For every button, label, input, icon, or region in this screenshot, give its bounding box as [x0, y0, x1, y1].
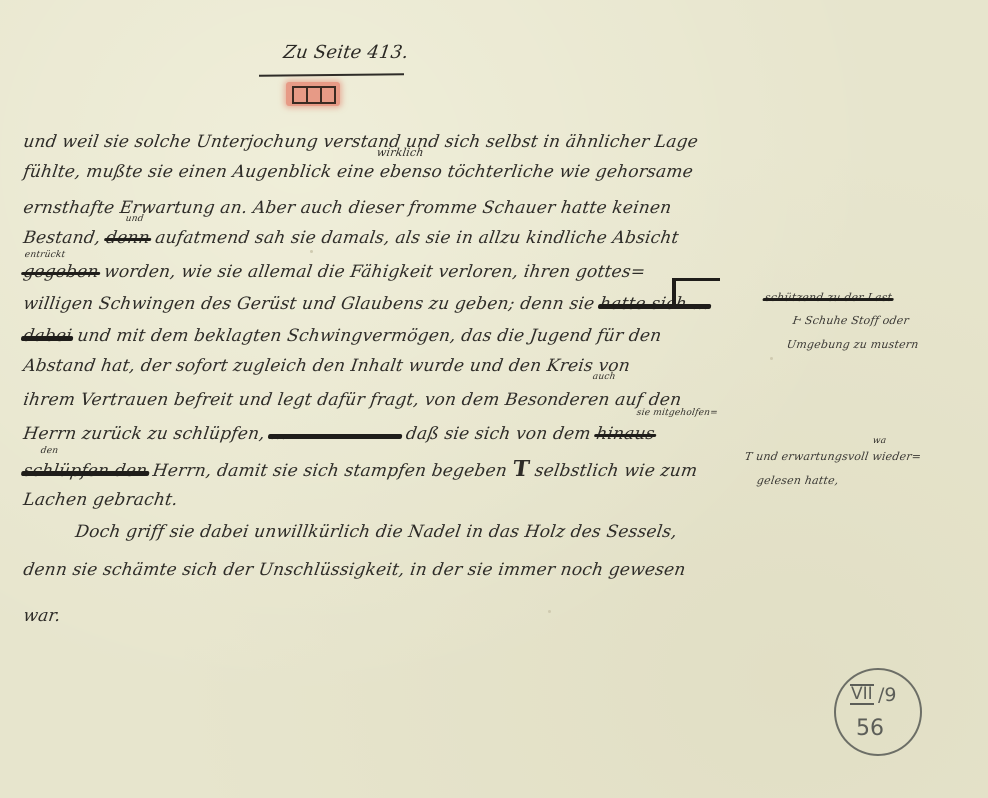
- margin-note-2-line-2: gelesen hatte,: [756, 474, 839, 487]
- line-10-mid: daß sie sich von dem: [405, 424, 593, 444]
- margin-note-2-line-1: T und erwartungsvoll wieder=: [744, 450, 922, 463]
- struck-word: denn: [105, 228, 151, 248]
- archive-stamp: VII /9 56: [834, 668, 922, 756]
- manuscript-page: Zu Seite 413. und weil sie solche Unterj…: [0, 0, 988, 798]
- interlinear-insert-wirklich: wirklich: [376, 146, 425, 159]
- interlinear-insert-auch: auch: [592, 372, 616, 382]
- margin-note-1-line-1: Ⱶ Schuhe Stoff oder: [792, 314, 910, 327]
- header-underline: [259, 73, 404, 77]
- manuscript-line-10: Herrn zurück zu schlüpfen, ... daß sie s…: [22, 424, 656, 444]
- line-6-text: willigen Schwingen des Gerüst und Glaube…: [22, 294, 596, 314]
- interlinear-insert-mitgeholfen: sie mitgeholfen=: [636, 408, 718, 418]
- line-4-start: Bestand,: [22, 228, 102, 248]
- insertion-bar-mark: [672, 278, 676, 308]
- line-11-text: Herrn, damit sie sich stampfen begeben: [151, 461, 508, 481]
- struck-phrase: schlüpfen den: [22, 461, 148, 481]
- manuscript-line-12: Lachen gebracht.: [22, 490, 179, 510]
- line-5-text: worden, wie sie allemal die Fähigkeit ve…: [103, 262, 647, 282]
- paper-speck: [310, 250, 313, 253]
- line-11-end: selbstlich wie zum: [533, 461, 698, 481]
- stamp-roman-numeral: VII: [850, 684, 874, 705]
- interlinear-insert-den: den: [40, 446, 59, 456]
- manuscript-line-8: Abstand hat, der sofort zugleich den Inh…: [22, 356, 631, 376]
- struck-word: hinaus: [595, 424, 656, 444]
- stamp-page-number: 56: [856, 716, 884, 741]
- struck-margin-phrase: schützend zu der Last: [764, 291, 893, 304]
- manuscript-line-15: war.: [22, 606, 62, 626]
- insertion-bar-top: [672, 278, 720, 281]
- interlinear-insert-entrueckt: entrückt: [24, 250, 66, 260]
- struck-phrase: ...: [269, 424, 402, 444]
- stamp-folder-number: /9: [878, 684, 897, 706]
- header-note: Zu Seite 413.: [282, 42, 410, 63]
- struck-word: dabei: [22, 326, 73, 346]
- manuscript-line-14: denn sie schämte sich der Unschlüssigkei…: [22, 560, 687, 580]
- red-box-mark: [286, 82, 340, 106]
- margin-note-1-line-2: Umgebung zu mustern: [786, 338, 919, 351]
- manuscript-line-11: schlüpfen den Herrn, damit sie sich stam…: [22, 456, 699, 482]
- insertion-mark-t: T: [511, 456, 531, 482]
- manuscript-line-5: gegeben worden, wie sie allemal die Fähi…: [22, 262, 647, 282]
- margin-insert-wa: wa: [872, 436, 887, 446]
- manuscript-line-9: ihrem Vertrauen befreit und legt dafür f…: [22, 390, 683, 410]
- manuscript-line-1: und weil sie solche Unterjochung verstan…: [22, 132, 699, 152]
- manuscript-line-4: Bestand, denn aufatmend sah sie damals, …: [22, 228, 680, 248]
- manuscript-line-2: fühlte, mußte sie einen Augenblick eine …: [22, 162, 694, 182]
- manuscript-line-7: dabei und mit dem beklagten Schwingvermö…: [22, 326, 663, 346]
- manuscript-line-13: Doch griff sie dabei unwillkürlich die N…: [74, 522, 678, 542]
- margin-note-2-text-end: wieder=: [871, 450, 922, 463]
- struck-word: gegeben: [22, 262, 100, 282]
- interlinear-insert-und: und: [125, 214, 144, 224]
- line-10-start: Herrn zurück zu schlüpfen,: [22, 424, 266, 444]
- line-7-text: und mit dem beklagten Schwingvermögen, d…: [76, 326, 663, 346]
- struck-phrase: hatte sich ...: [599, 294, 711, 314]
- paper-speck: [770, 357, 773, 360]
- manuscript-line-3: ernsthafte Erwartung an. Aber auch diese…: [22, 198, 673, 218]
- manuscript-line-6: willigen Schwingen des Gerüst und Glaube…: [22, 294, 711, 314]
- paper-speck: [548, 610, 551, 613]
- margin-note-2-text: T und erwartungsvoll: [744, 450, 870, 463]
- line-4-end: aufatmend sah sie damals, als sie in all…: [154, 228, 680, 248]
